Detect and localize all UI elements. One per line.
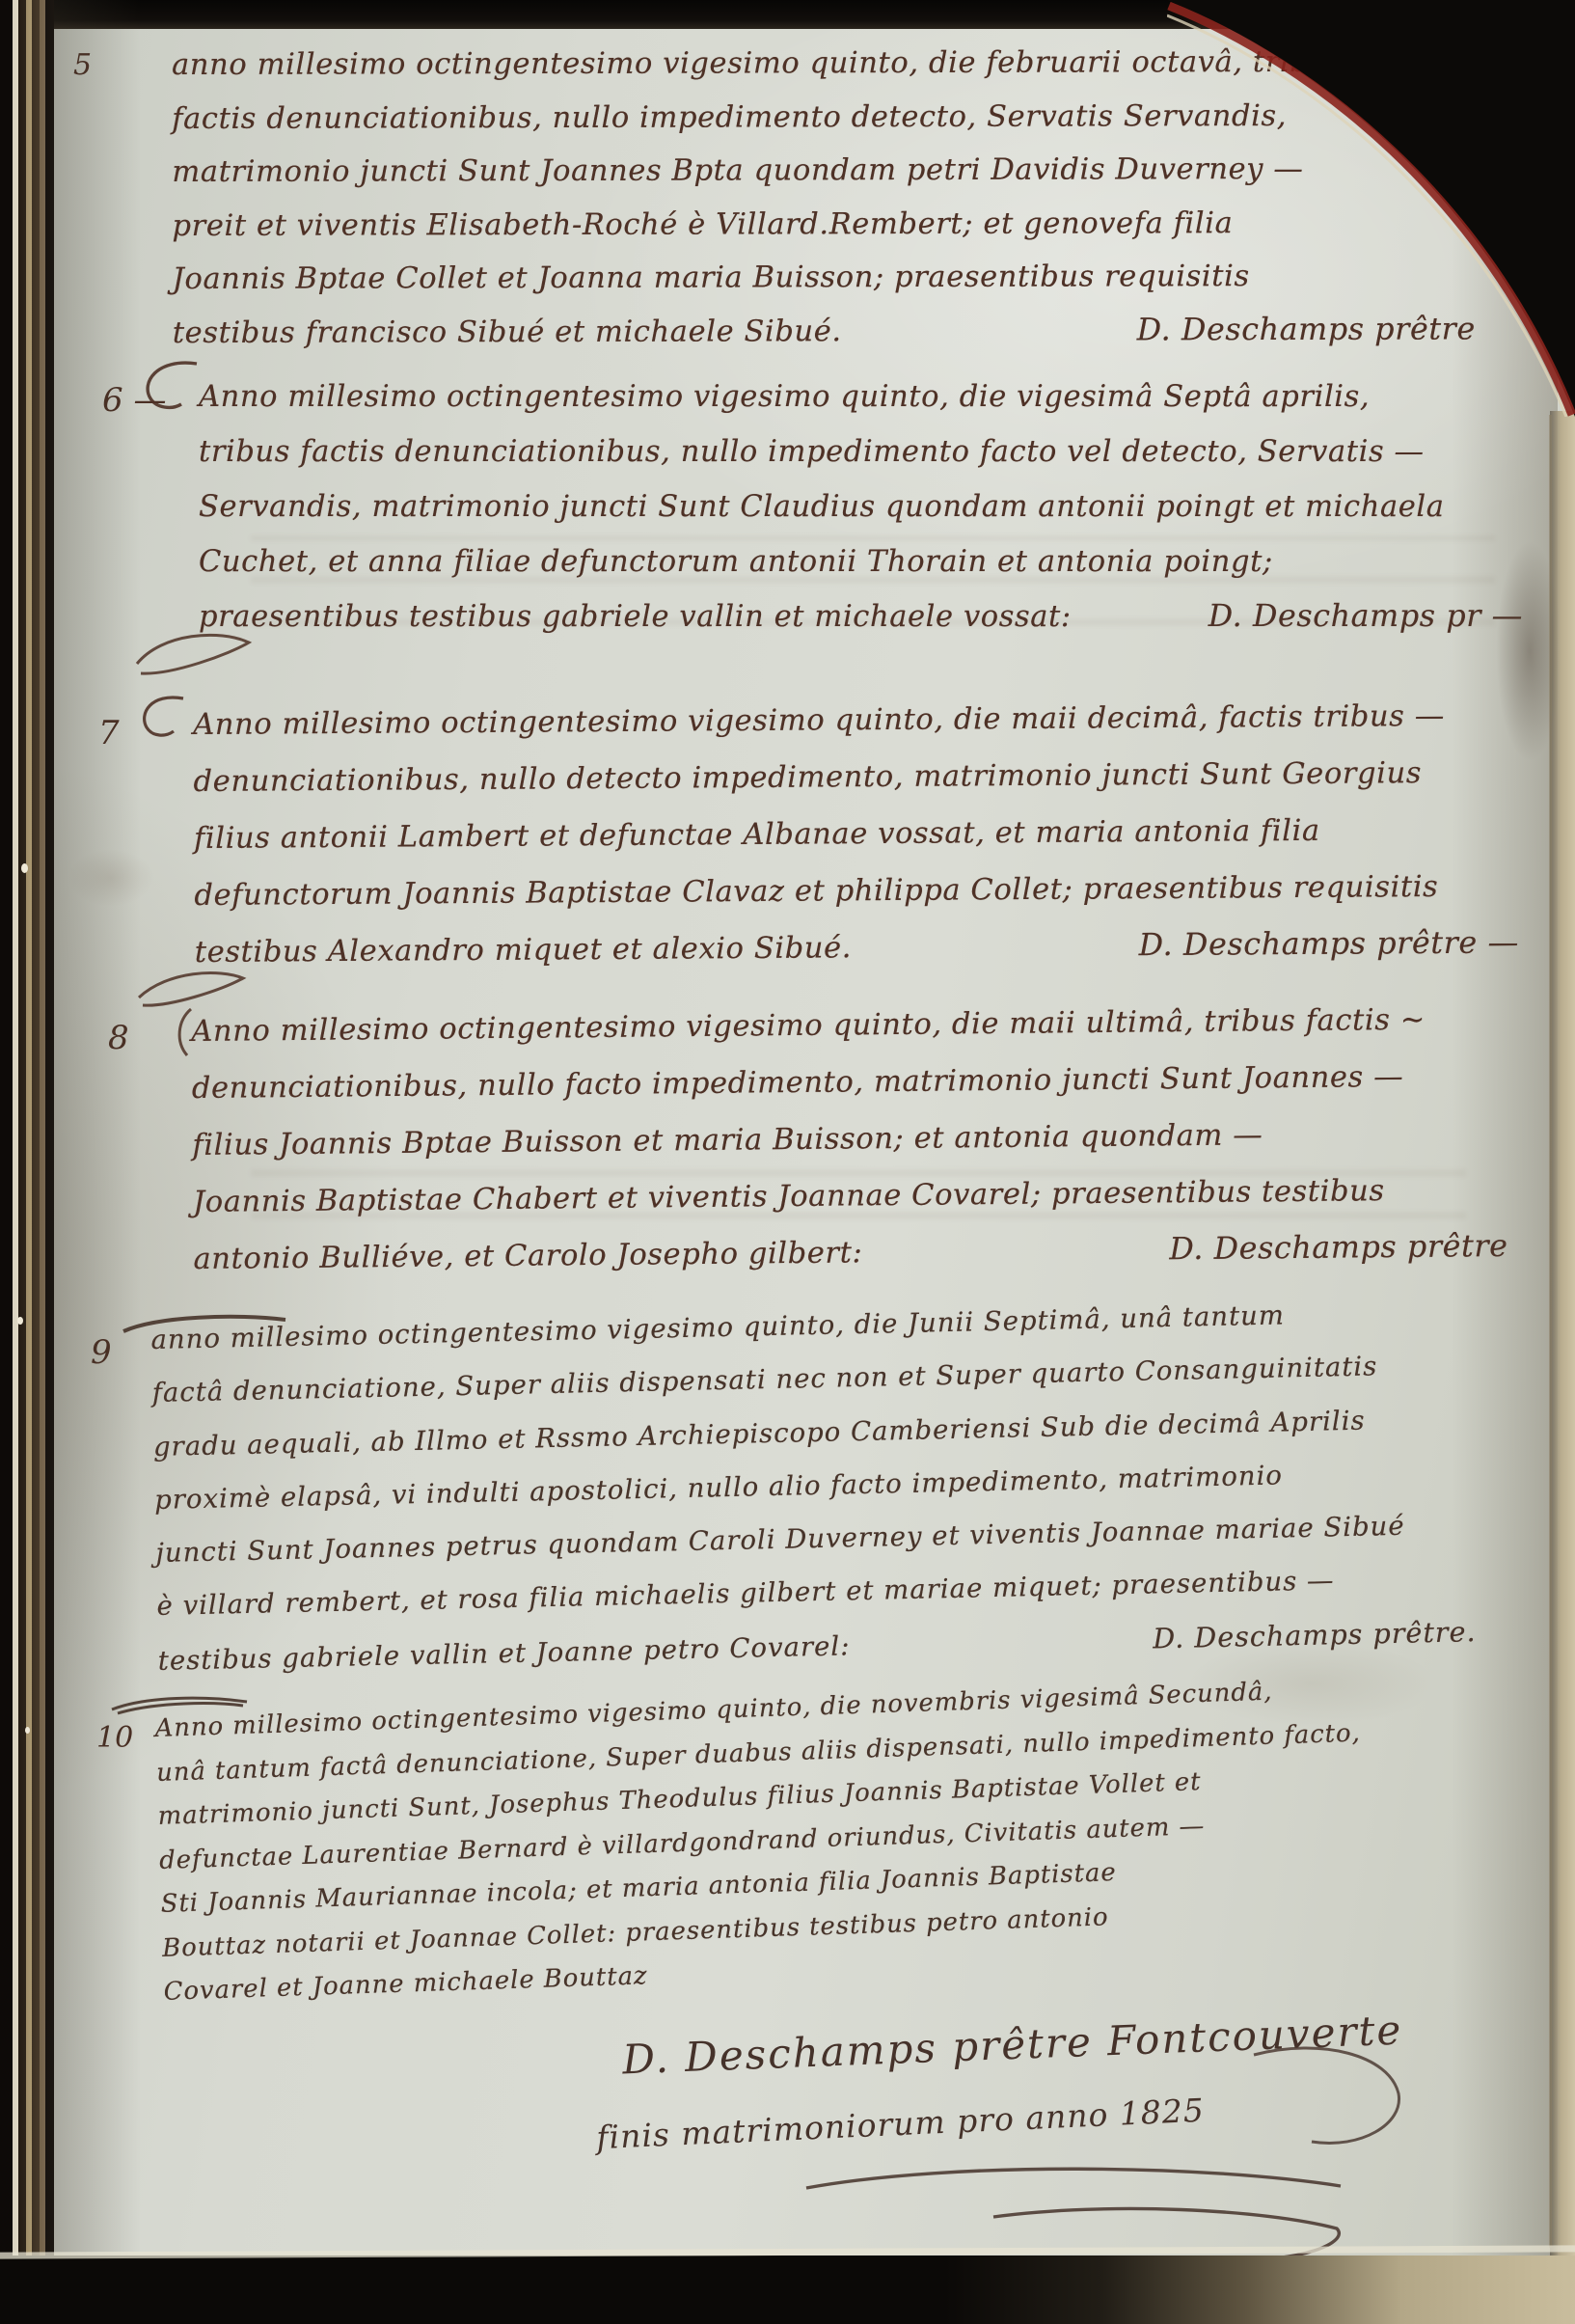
entry-line: testibus Alexandro miquet et alexio Sibu… xyxy=(195,919,853,981)
entry-line: testibus francisco Sibué et michaele Sib… xyxy=(173,305,842,360)
entry-line: defunctorum Joannis Baptistae Clavaz et … xyxy=(194,858,1530,924)
entry-last-line: testibus Alexandro miquet et alexio Sibu… xyxy=(195,915,1531,981)
entry-text: anno millesimo octingentesimo vigesimo q… xyxy=(150,1284,1544,1688)
entry-text: Anno millesimo octingentesimo vigesimo q… xyxy=(193,687,1531,981)
entry-line: Anno millesimo octingentesimo vigesimo q… xyxy=(193,687,1529,753)
finis-line: finis matrimoniorum pro anno 1825 xyxy=(595,2092,1205,2157)
page-edge-line xyxy=(1549,415,1552,2248)
entry-last-line: praesentibus testibus gabriele vallin et… xyxy=(199,589,1529,644)
closing-priest-signature: D. Deschamps prêtre Fontcouverte xyxy=(621,2006,1403,2083)
entry-line: filius antonii Lambert et defunctae Alba… xyxy=(194,801,1530,867)
entry-last-line: antonio Bulliéve, et Carolo Josepho gilb… xyxy=(193,1218,1532,1288)
register-scan-page: 5 anno millesimo octingentesimo vigesimo… xyxy=(0,0,1575,2324)
entry-line: antonio Bulliéve, et Carolo Josepho gilb… xyxy=(193,1224,862,1288)
entry-text: Anno millesimo octingentesimo vigesimo q… xyxy=(191,991,1532,1288)
page-curl-corner xyxy=(1167,0,1575,417)
edge-speck xyxy=(17,1317,23,1325)
book-fore-edge xyxy=(0,0,54,2324)
gutter-shadow xyxy=(54,0,141,2324)
entry-line: denunciationibus, nullo detecto impedime… xyxy=(193,744,1529,810)
underlying-page-edge xyxy=(1550,411,1575,2256)
edge-speck xyxy=(21,863,28,873)
edge-speck xyxy=(25,1727,30,1734)
entry-line: Cuchet, et anna filiae defunctorum anton… xyxy=(199,534,1529,589)
entry-text: Anno millesimo octingentesimo vigesimo q… xyxy=(154,1661,1556,2014)
entry-line: Servandis, matrimonio juncti Sunt Claudi… xyxy=(199,479,1529,534)
entry-line: tribus factis denunciationibus, nullo im… xyxy=(199,424,1529,479)
scan-bottom-border xyxy=(0,2256,1575,2324)
paraph-flourish xyxy=(133,689,191,751)
entry-line: praesentibus testibus gabriele vallin et… xyxy=(199,589,1072,644)
